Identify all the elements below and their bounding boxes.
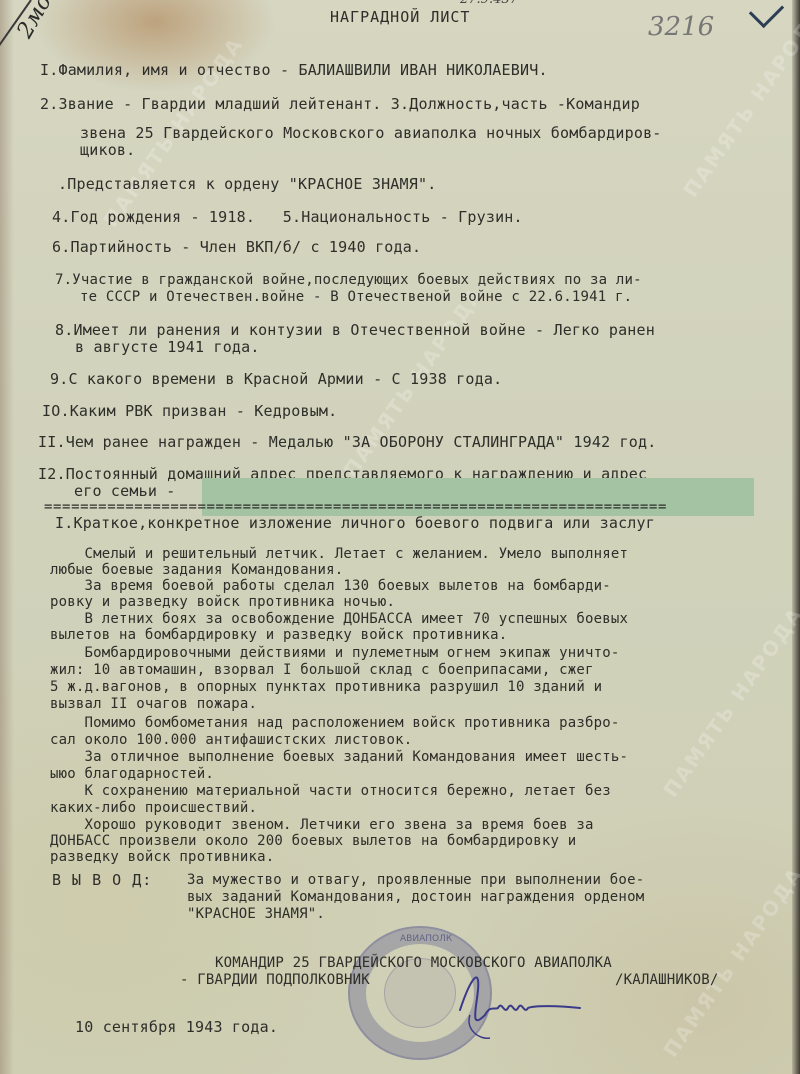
narrative-line: Смелый и решительный летчик. Летает с же…	[50, 546, 628, 562]
narrative-line: ДОНБАСС произвели около 200 боевых вылет…	[50, 833, 576, 849]
signature-title-line2: - ГВАРДИИ ПОДПОЛКОВНИК	[180, 972, 370, 988]
narrative-line: вылетов на бомбардировку и разведку войс…	[50, 627, 507, 643]
narrative-line: жил: 10 автомашин, взорвал I большой скл…	[50, 662, 594, 678]
separator-line: ========================================…	[44, 499, 667, 515]
field-unit-cont: щиков.	[80, 141, 135, 159]
narrative-line: Хорошо руководит звеном. Летчики его зве…	[50, 817, 594, 833]
document-title: НАГРАДНОЙ ЛИСТ	[330, 8, 470, 26]
field-birth-nationality: 4.Год рождения - 1918. 5.Национальность …	[52, 208, 523, 226]
section-heading-feat: I.Краткое,конкретное изложение личного б…	[55, 514, 655, 532]
field-war-participation: 7.Участие в гражданской войне,последующи…	[55, 272, 642, 288]
field-party: 6.Партийность - Член ВКП/б/ с 1940 года.	[52, 238, 421, 256]
narrative-line: ыюо благодарностей.	[50, 766, 214, 782]
narrative-line: сал около 100.000 антифашистских листово…	[50, 732, 412, 748]
narrative-line: разведку войск противника.	[50, 849, 274, 865]
scan-edge-right	[792, 0, 800, 1074]
narrative-line: каких-либо происшествий.	[50, 800, 257, 816]
field-wounds-cont: в августе 1941 года.	[75, 338, 260, 356]
narrative-line: В летних боях за освобождение ДОНБАССА и…	[50, 611, 628, 627]
conclusion-line: вых заданий Командования, достоин награж…	[187, 889, 644, 905]
narrative-line: Помимо бомбометания над расположением во…	[50, 715, 620, 731]
signatory-name: /КАЛАШНИКОВ/	[615, 972, 719, 988]
field-award-nominated: .Представляется к ордену "КРАСНОЕ ЗНАМЯ"…	[58, 175, 436, 193]
field-unit: звена 25 Гвардейского Московского авиапо…	[80, 124, 662, 142]
conclusion-label: В Ы В О Д:	[52, 871, 152, 889]
field-army-since: 9.С какого времени в Красной Армии - С 1…	[50, 370, 502, 388]
stamp-text: АВИАПОЛК	[400, 934, 452, 944]
narrative-line: За отличное выполнение боевых заданий Ко…	[50, 749, 628, 765]
field-rank-position: 2.Звание - Гвардии младший лейтенант. 3.…	[40, 95, 640, 113]
field-full-name: I.Фамилия, имя и отчество - БАЛИАШВИЛИ И…	[40, 61, 548, 79]
paper-background	[0, 0, 800, 1074]
conclusion-line: "КРАСНОЕ ЗНАМЯ".	[187, 906, 325, 922]
field-family-address: его семьи -	[74, 482, 176, 500]
narrative-line: ровку и разведку войск противника ночью.	[50, 594, 395, 610]
narrative-line: Бомбардировочными действиями и пулеметны…	[50, 645, 620, 661]
paper-edge-left	[0, 0, 14, 1074]
narrative-line: вызвал II очагов пожара.	[50, 696, 257, 712]
field-war-participation-cont: те СССР и Отечествен.войне - В Отечестве…	[80, 289, 632, 305]
conclusion-line: За мужество и отвагу, проявленные при вы…	[187, 872, 644, 888]
handwritten-signature	[440, 960, 590, 1050]
narrative-line: К сохранению материальной части относитс…	[50, 783, 611, 799]
field-wounds: 8.Имеет ли ранения и контузии в Отечеств…	[55, 321, 655, 339]
field-conscription-office: IO.Каким РВК призван - Кедровым.	[42, 402, 337, 420]
narrative-line: 5 ж.д.вагонов, в опорных пунктах противн…	[50, 679, 602, 695]
narrative-line: любые боевые задания Командования.	[50, 562, 343, 578]
field-previous-awards: II.Чем ранее награжден - Медалью "ЗА ОБО…	[38, 433, 656, 451]
narrative-line: За время боевой работы сделал 130 боевых…	[50, 578, 611, 594]
archive-number: 27.9.437	[460, 0, 518, 7]
document-date: 10 сентября 1943 года.	[75, 1018, 278, 1036]
handwritten-number-top-right: 3216	[648, 12, 714, 42]
